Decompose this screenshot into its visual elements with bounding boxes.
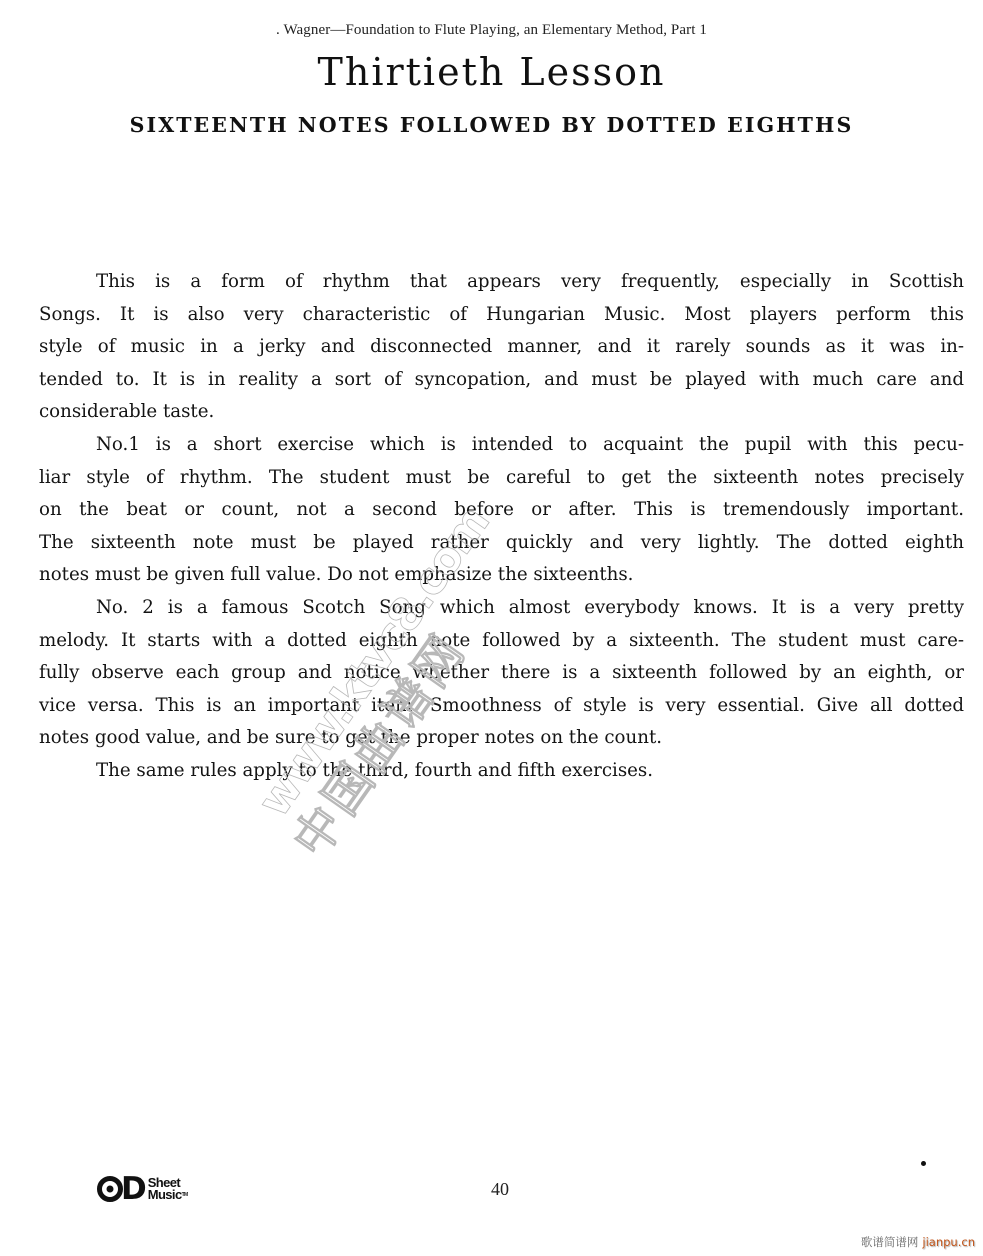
paragraph-exercises-3-5: The same rules apply to the third, fourt… bbox=[39, 755, 964, 788]
text-line: tended to. It is in reality a sort of sy… bbox=[39, 364, 964, 397]
running-head: . Wagner—Foundation to Flute Playing, an… bbox=[0, 22, 983, 39]
corner-watermark: 歌谱简谱网 jianpu.cn bbox=[861, 1234, 975, 1250]
text-line: No.1 is a short exercise which is intend… bbox=[39, 429, 964, 462]
paragraph-exercise-2: No. 2 is a famous Scotch Song which almo… bbox=[39, 592, 964, 755]
paragraph-intro: This is a form of rhythm that appears ve… bbox=[39, 266, 964, 429]
lesson-body: This is a form of rhythm that appears ve… bbox=[39, 266, 964, 788]
text-line: melody. It starts with a dotted eighth n… bbox=[39, 625, 964, 658]
text-line: on the beat or count, not a second befor… bbox=[39, 494, 964, 527]
print-dot bbox=[921, 1161, 926, 1166]
text-line: The sixteenth note must be played rather… bbox=[39, 527, 964, 560]
text-line: vice versa. This is an important item. S… bbox=[39, 690, 964, 723]
lesson-subtitle: SIXTEENTH NOTES FOLLOWED BY DOTTED EIGHT… bbox=[0, 113, 983, 137]
corner-watermark-url: jianpu.cn bbox=[922, 1235, 975, 1249]
text-line: The same rules apply to the third, fourt… bbox=[39, 755, 964, 788]
text-line: notes must be given full value. Do not e… bbox=[39, 559, 964, 592]
page-number: 40 bbox=[0, 1179, 983, 1200]
text-line: No. 2 is a famous Scotch Song which almo… bbox=[39, 592, 964, 625]
text-line: notes good value, and be sure to get the… bbox=[39, 722, 964, 755]
text-line: considerable taste. bbox=[39, 396, 964, 429]
text-line: This is a form of rhythm that appears ve… bbox=[39, 266, 964, 299]
text-line: liar style of rhythm. The student must b… bbox=[39, 462, 964, 495]
text-line: Songs. It is also very characteristic of… bbox=[39, 299, 964, 332]
corner-watermark-chinese: 歌谱简谱网 bbox=[861, 1234, 919, 1250]
text-line: fully observe each group and notice whet… bbox=[39, 657, 964, 690]
text-line: style of music in a jerky and disconnect… bbox=[39, 331, 964, 364]
lesson-title: Thirtieth Lesson bbox=[0, 50, 983, 94]
paragraph-exercise-1: No.1 is a short exercise which is intend… bbox=[39, 429, 964, 592]
